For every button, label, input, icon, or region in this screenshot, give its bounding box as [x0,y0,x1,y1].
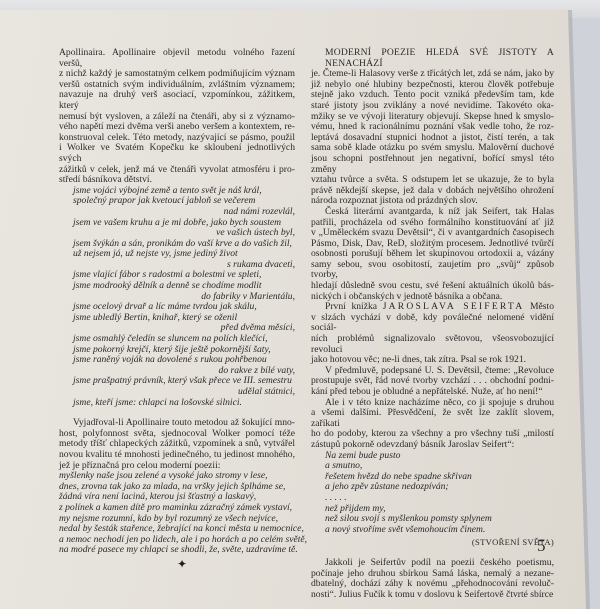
verse-line: jsme, kteří jsme: chlapci na lošovské si… [59,398,295,409]
left-paragraph-2: Vyjadřoval-li Apollinaire touto metodou … [59,418,295,471]
verse-line: a jeho zpěv zůstane nedozpíván; [311,482,554,493]
text-line: Jakkoli je Seifertův podíl na poezii čes… [311,558,554,569]
verse-source: (STVOŘENÍ SVĚTA) [311,537,554,548]
right-column: MODERNÍ POEZIE HLEDÁ SVÉ JISTOTY A NENAC… [311,48,554,600]
page-number: 5 [537,536,546,556]
right-paragraph-2: Česká literární avantgarda, k níž jak Se… [311,207,554,302]
verse-line: z polínek a kamen dítě pro maminku zázra… [59,503,295,514]
text-line: novou kvalitu té mnohosti jedinečného, t… [59,450,295,461]
right-paragraph-4: V předmluvě, podepsané U. S. Devětsil, č… [311,366,554,398]
wolker-verse-quote-2: myšlenky naše jsou zelené a vysoké jako … [59,471,295,556]
wolker-verse-quote: jsme vojáci výbojné země a tento svět je… [59,186,295,408]
text-line: a všemi dalšími. Přesvědčení, že svět lz… [311,408,554,429]
section-lead-in: MODERNÍ POEZIE HLEDÁ SVÉ JISTOTY A NENAC… [311,48,554,69]
author-name: JAROSLAVA SEIFERTA [383,301,525,312]
text-line: Česká literární avantgarda, k níž jak Se… [311,207,554,218]
text-line: nosti“. Julius Fučík k tomu v doslovu k … [311,590,554,601]
text-line: staré jistoty jsou zviklány a nové nevid… [311,101,554,112]
text-line: navazuje na druhý verš asociací, vzpomín… [59,90,295,111]
text-line: kání před tebou je obludné a nepřátelské… [311,387,554,398]
verse-line: a nový stvoříme svět všemohoucím činem. [311,525,554,536]
text-line: ních problémů signalizovalo světovou, vš… [311,334,554,355]
right-paragraph-5: Ale i v této knize nacházíme něco, co ji… [311,398,554,451]
right-paragraph-1: MODERNÍ POEZIE HLEDÁ SVÉ JISTOTY A NENAC… [311,48,554,207]
verse-line: udělal státnici, [59,387,295,398]
text-line: Apollinaira. Apollinaire objevil metodu … [59,48,295,69]
verse-line: . . . . . [311,493,554,504]
verse-line: nad námi rozevlál, [59,207,295,218]
text-line: jsou schopni postřehnout jen negativní, … [311,154,554,175]
right-paragraph-3: První knížka JAROSLAVA SEIFERTA Město v … [311,302,554,366]
left-paragraph-1: Apollinaira. Apollinaire objevil metodu … [59,48,295,186]
seifert-verse-quote: Na zemi bude pustoa smutno,řešetem hvězd… [311,451,554,536]
text-line: samy sebou, svou osobitostí, zaujetím pr… [311,260,554,281]
text-line: v slzách vychází v době, kdy poválečné n… [311,313,554,334]
left-column: Apollinaira. Apollinaire objevil metodu … [59,48,295,570]
text-line: i Wolker ve Svatém Kopečku ke skloubení … [59,143,295,164]
text-line: zástupů pokorně odevzdaný básník Jarosla… [311,440,554,451]
verse-line: na modré pasece my chlapci se shodli, že… [59,545,295,556]
ornament-star: ✦ [59,558,295,570]
right-paragraph-6: Jakkoli je Seifertův podíl na poezii čes… [311,558,554,600]
